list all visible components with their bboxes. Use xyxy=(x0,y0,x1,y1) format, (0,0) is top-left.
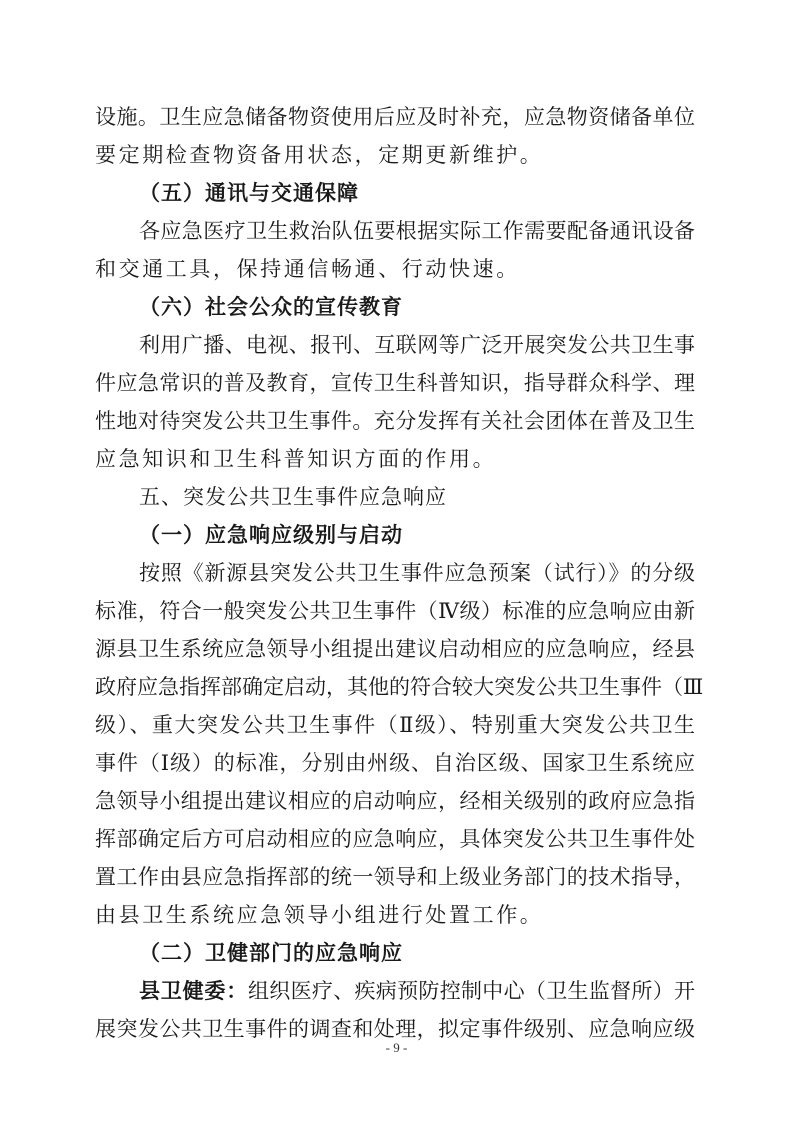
subheading-response-levels: （一）应急响应级别与启动 xyxy=(95,516,695,554)
subheading-health-dept-response: （二）卫健部门的应急响应 xyxy=(95,934,695,972)
section-heading-emergency-response: 五、突发公共卫生事件应急响应 xyxy=(95,478,695,516)
body-line: 由县卫生系统应急领导小组进行处置工作。 xyxy=(95,896,695,934)
page-number: - 9 - xyxy=(0,1040,793,1056)
body-line: 按照《新源县突发公共卫生事件应急预案（试行）》的分级 xyxy=(95,554,695,592)
subheading-public-education: （六）社会公众的宣传教育 xyxy=(95,288,695,326)
body-line: 性地对待突发公共卫生事件。充分发挥有关社会团体在普及卫生 xyxy=(95,402,695,440)
body-line: 事件（Ⅰ级）的标准，分别由州级、自治区级、国家卫生系统应 xyxy=(95,744,695,782)
lead-term-county-health-commission: 县卫健委： xyxy=(139,979,248,1003)
body-line: 标准，符合一般突发公共卫生事件（Ⅳ级）标准的应急响应由新 xyxy=(95,592,695,630)
body-line: 件应急常识的普及教育，宣传卫生科普知识，指导群众科学、理 xyxy=(95,364,695,402)
body-line-with-lead: 县卫健委：组织医疗、疾病预防控制中心（卫生监督所）开 xyxy=(95,972,695,1010)
body-line: 各应急医疗卫生救治队伍要根据实际工作需要配备通讯设备 xyxy=(95,212,695,250)
body-line: 级）、重大突发公共卫生事件（Ⅱ级）、特别重大突发公共卫生 xyxy=(95,706,695,744)
body-text: 组织医疗、疾病预防控制中心（卫生监督所）开 xyxy=(248,979,695,1003)
body-line: 挥部确定后方可启动相应的应急响应，具体突发公共卫生事件处 xyxy=(95,820,695,858)
body-line: 设施。卫生应急储备物资使用后应及时补充，应急物资储备单位 xyxy=(95,98,695,136)
body-line: 应急知识和卫生科普知识方面的作用。 xyxy=(95,440,695,478)
body-line: 要定期检查物资备用状态，定期更新维护。 xyxy=(95,136,695,174)
subheading-communication-transport: （五）通讯与交通保障 xyxy=(95,174,695,212)
body-line: 急领导小组提出建议相应的启动响应，经相关级别的政府应急指 xyxy=(95,782,695,820)
body-line: 和交通工具，保持通信畅通、行动快速。 xyxy=(95,250,695,288)
body-line: 政府应急指挥部确定启动，其他的符合较大突发公共卫生事件（Ⅲ xyxy=(95,668,695,706)
body-line: 源县卫生系统应急领导小组提出建议启动相应的应急响应，经县 xyxy=(95,630,695,668)
document-page: 设施。卫生应急储备物资使用后应及时补充，应急物资储备单位 要定期检查物资备用状态… xyxy=(0,0,793,1122)
body-line: 置工作由县应急指挥部的统一领导和上级业务部门的技术指导， xyxy=(95,858,695,896)
body-line: 利用广播、电视、报刊、互联网等广泛开展突发公共卫生事 xyxy=(95,326,695,364)
